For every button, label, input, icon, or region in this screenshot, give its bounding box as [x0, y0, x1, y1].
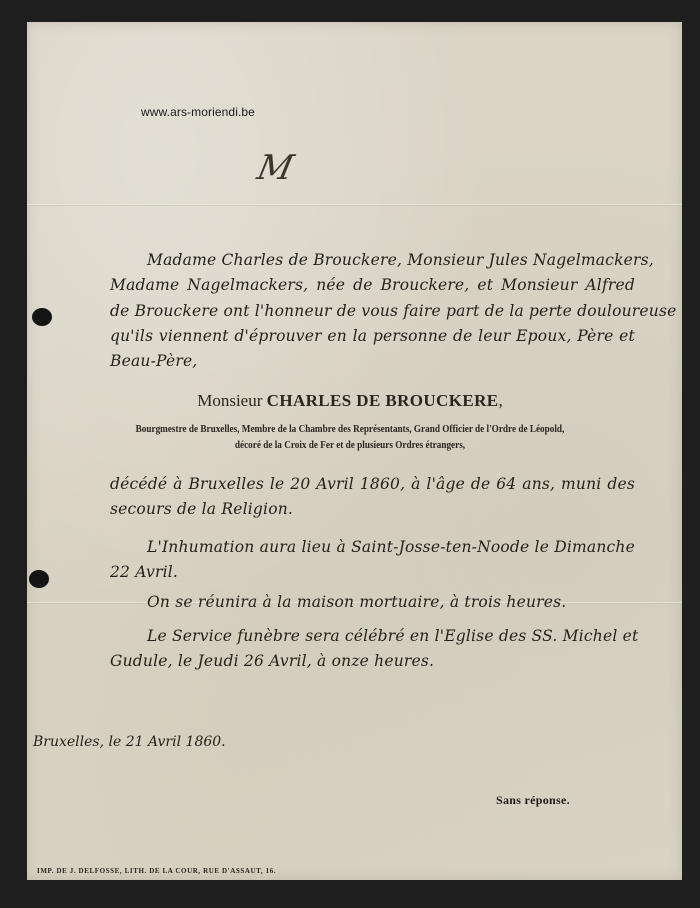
- deceased-name-line: Monsieur CHARLES DE BROUCKERE,: [0, 391, 700, 411]
- announcement-line: Madame Nagelmackers, née de Brouckere, e…: [110, 276, 635, 294]
- deceased-titles-line: Bourgmestre de Bruxelles, Membre de la C…: [28, 424, 672, 435]
- death-line: secours de la Religion.: [110, 500, 293, 518]
- death-line: décédé à Bruxelles le 20 Avril 1860, à l…: [110, 475, 635, 493]
- deceased-name: CHARLES DE BROUCKERE: [267, 391, 499, 410]
- printer-imprint: IMP. DE J. DELFOSSE, LITH. DE LA COUR, R…: [37, 867, 276, 875]
- funeral-notice-sheet: [27, 22, 682, 880]
- deceased-suffix: ,: [499, 391, 503, 410]
- punch-hole-icon: [29, 570, 49, 588]
- punch-hole-icon: [32, 308, 52, 326]
- dateline: Bruxelles, le 21 Avril 1860.: [33, 734, 226, 750]
- service-line: Le Service funèbre sera célébré en l'Egl…: [147, 627, 635, 645]
- gathering-line: On se réunira à la maison mortuaire, à t…: [147, 593, 566, 611]
- closing-note: Sans réponse.: [496, 793, 570, 808]
- announcement-line: qu'ils viennent d'éprouver en la personn…: [110, 327, 635, 345]
- announcement-line: Madame Charles de Brouckere, Monsieur Ju…: [147, 251, 635, 269]
- deceased-titles-line: décoré de la Croix de Fer et de plusieur…: [28, 440, 672, 451]
- burial-line: 22 Avril.: [110, 563, 178, 581]
- service-line: Gudule, le Jeudi 26 Avril, à onze heures…: [110, 652, 434, 670]
- deceased-prefix: Monsieur: [197, 391, 262, 410]
- announcement-line: de Brouckere ont l'honneur de vous faire…: [110, 302, 635, 320]
- paper-fold-top: [27, 204, 682, 206]
- watermark-url: www.ars-moriendi.be: [141, 105, 255, 119]
- announcement-line: Beau-Père,: [110, 352, 197, 370]
- burial-line: L'Inhumation aura lieu à Saint-Josse-ten…: [147, 538, 635, 556]
